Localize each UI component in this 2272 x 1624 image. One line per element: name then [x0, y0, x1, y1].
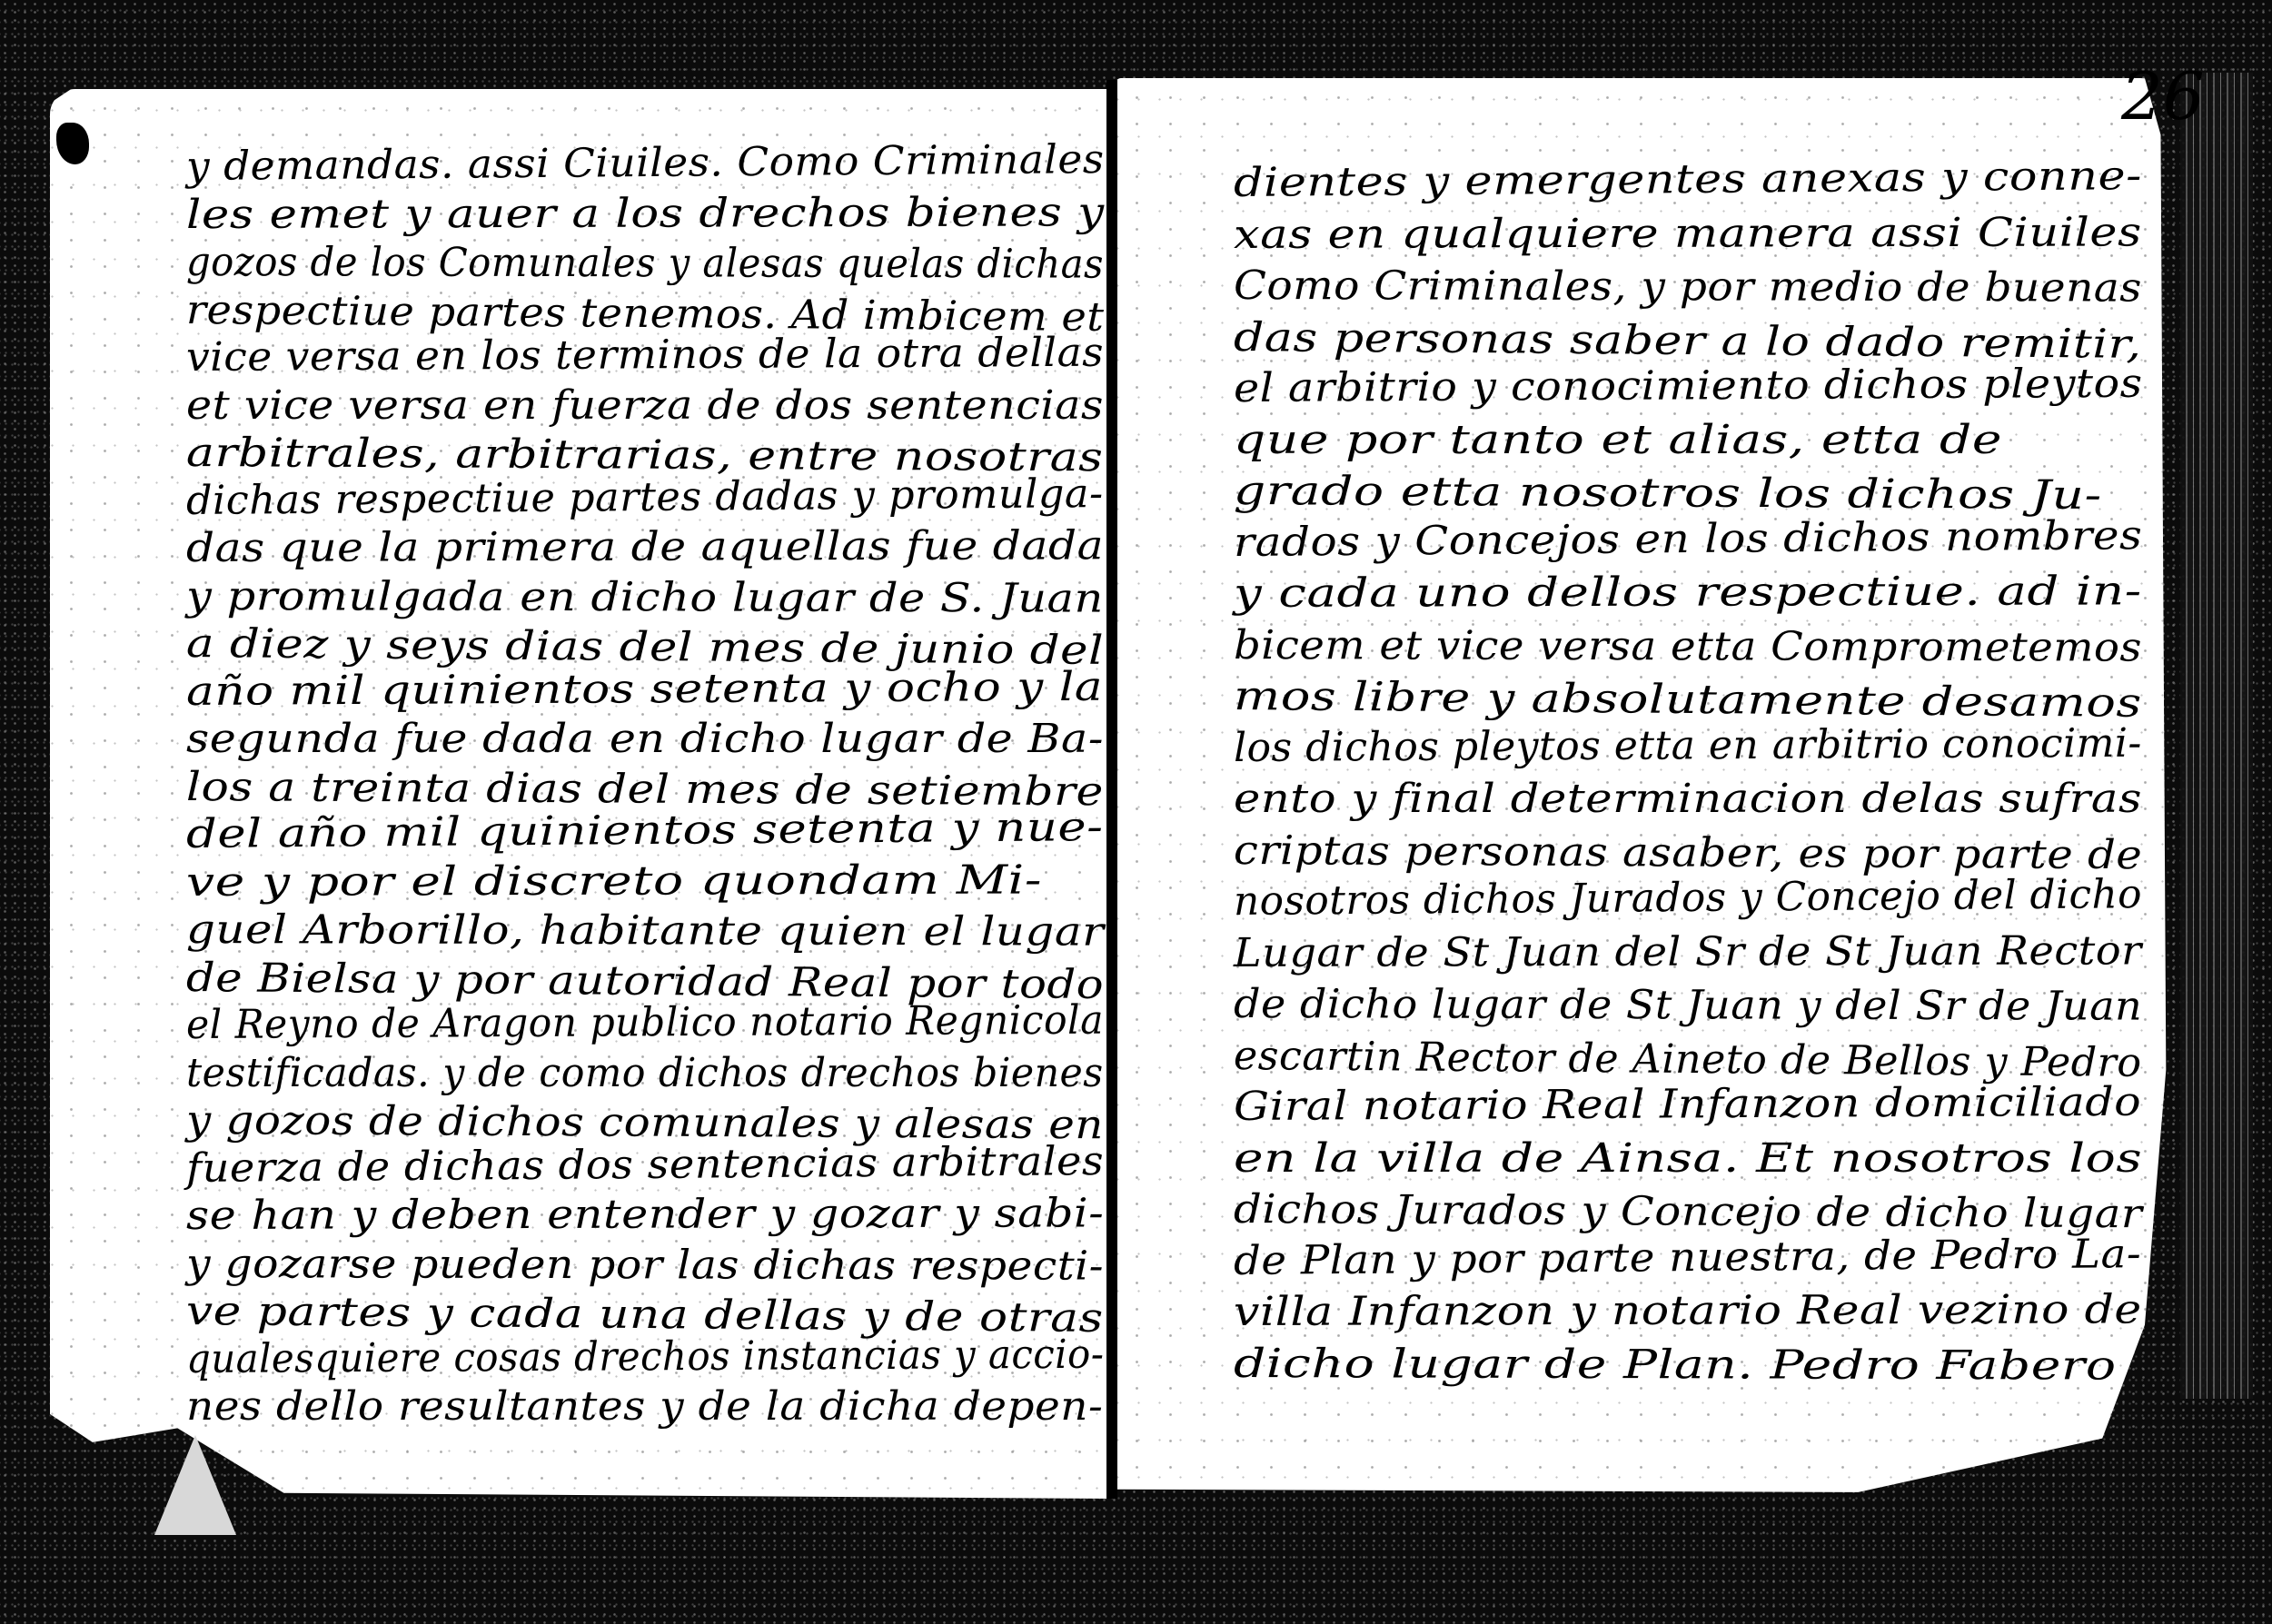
manuscript-line: grado etta nosotros los dichos Ju- — [1234, 468, 2102, 520]
manuscript-line: y gozarse pueden por las dichas respecti… — [186, 1241, 1104, 1291]
manuscript-line: de dicho lugar de St Juan y del Sr de Ju… — [1234, 981, 2142, 1031]
manuscript-line: escartin Rector de Aineto de Bellos y Pe… — [1234, 1033, 2142, 1087]
manuscript-line: xas en qualquiere manera assi Ciuiles — [1234, 209, 2142, 259]
page-corner-tab — [154, 1435, 236, 1535]
manuscript-line: el Reyno de Aragon publico notario Regni… — [186, 997, 1104, 1049]
manuscript-line: segunda fue dada en dicho lugar de Ba- — [186, 716, 1104, 763]
manuscript-line: Lugar de St Juan del Sr de St Juan Recto… — [1234, 927, 2142, 977]
book-page-edges — [2180, 73, 2253, 1399]
manuscript-line: fuerza de dichas dos sentencias arbitral… — [186, 1138, 1105, 1193]
manuscript-line: testificadas. y de como dichos drechos b… — [186, 1050, 1104, 1097]
left-page: y demandas. assi Ciuiles. Como Criminale… — [50, 89, 1113, 1499]
manuscript-line: se han y deben entender y gozar y sabi- — [186, 1190, 1104, 1240]
manuscript-line: y demandas. assi Ciuiles. Como Criminale… — [186, 136, 1105, 191]
manuscript-line: criptas personas asaber, es por parte de — [1234, 827, 2143, 879]
manuscript-line: dientes y emergentes anexas y conne- — [1234, 153, 2142, 207]
manuscript-line: nes dello resultantes y de la dicha depe… — [186, 1383, 1103, 1431]
manuscript-line: das que la primera de aquellas fue dada — [186, 522, 1104, 572]
manuscript-line: los dichos pleytos etta en arbitrio cono… — [1234, 719, 2142, 771]
manuscript-line: nosotros dichos Jurados y Concejo del di… — [1234, 871, 2142, 926]
manuscript-line: les emet y auer a los drechos bienes y — [186, 189, 1105, 239]
manuscript-line: Giral notario Real Infanzon domiciliado — [1234, 1079, 2142, 1131]
manuscript-line: dichos Jurados y Concejo de dicho lugar — [1234, 1186, 2143, 1238]
manuscript-line: Como Criminales, y por medio de buenas — [1234, 262, 2142, 312]
manuscript-line: qualesquiere cosas drechos instancias y … — [186, 1331, 1105, 1382]
manuscript-line: guel Arborillo, habitante quien el lugar — [186, 906, 1105, 956]
manuscript-line: el arbitrio y conocimiento dichos pleyto… — [1234, 361, 2143, 412]
manuscript-line: que por tanto et alias, etta de — [1234, 417, 2002, 464]
manuscript-line: año mil quinientos setenta y ocho y la — [186, 663, 1103, 715]
manuscript-line: rados y Concejos en los dichos nombres — [1234, 512, 2143, 567]
manuscript-line: das personas saber a lo dado remitir, — [1234, 314, 2142, 369]
manuscript-line: villa Infanzon y notario Real vezino de — [1234, 1286, 2142, 1336]
manuscript-line: gozos de los Comunales y alesas quelas d… — [186, 239, 1104, 289]
manuscript-line: bicem et vice versa etta Comprometemos — [1234, 622, 2142, 672]
manuscript-line: dicho lugar de Plan. Pedro Fabero — [1234, 1341, 2117, 1391]
right-page: dientes y emergentes anexas y conne-xas … — [1116, 78, 2177, 1495]
manuscript-line: y promulgada en dicho lugar de S. Juan — [186, 573, 1104, 623]
manuscript-line: en la villa de Ainsa. Et nosotros los — [1234, 1135, 2142, 1183]
manuscript-line: del año mil quinientos setenta y nue- — [186, 804, 1104, 858]
folio-number: 26 — [2121, 64, 2205, 129]
manuscript-line: dichas respectiue partes dadas y promulg… — [186, 470, 1104, 525]
manuscript-line: ento y final determinacion delas sufras — [1234, 776, 2142, 823]
manuscript-line: ve y por el discreto quondam Mi- — [186, 857, 1042, 906]
manuscript-line: y cada uno dellos respectiue. ad in- — [1234, 568, 2142, 618]
manuscript-line: de Plan y por parte nuestra, de Pedro La… — [1234, 1231, 2142, 1285]
manuscript-line: mos libre y absolutamente desamos — [1234, 673, 2142, 728]
book-spine-gutter — [1106, 80, 1117, 1499]
manuscript-line: et vice versa en fuerza de dos sentencia… — [186, 382, 1104, 430]
manuscript-line: vice versa en los terminos de la otra de… — [186, 330, 1104, 381]
